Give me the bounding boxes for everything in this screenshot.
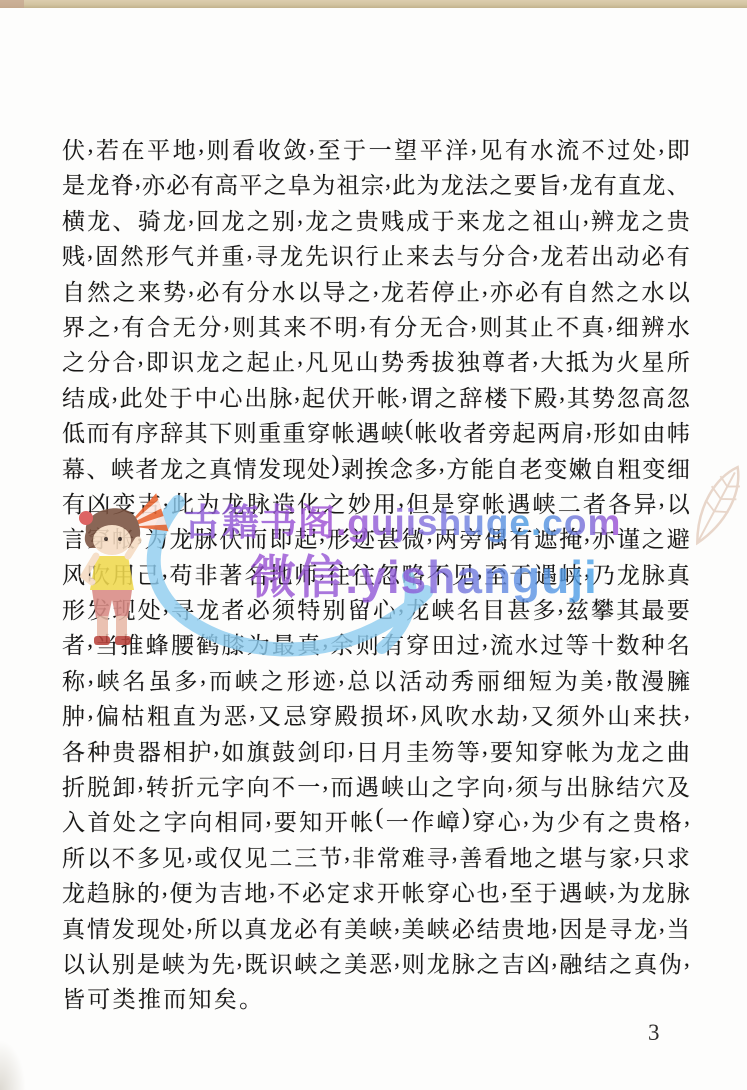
- scan-edge-band-corner: [0, 0, 24, 8]
- text-line: 是龙脊,亦必有高平之阜为祖宗,此为龙法之要旨,龙有直龙、: [62, 167, 690, 202]
- text-line: 以认别是峡为先,既识峡之美恶,则龙脉之吉凶,融结之真伪,: [62, 946, 690, 981]
- text-line: 界之,有合无分,则其来不明,有分无合,则其止不真,细辨水: [62, 309, 690, 344]
- text-line: 各种贵器相护,如旗鼓剑印,日月圭笏等,要知穿帐为龙之曲: [62, 734, 690, 769]
- watermark-site-text: 古籍书阁.gujishuge.com: [184, 492, 621, 546]
- text-line: 之分合,即识龙之起止,凡见山势秀拔独尊者,大抵为火星所: [62, 344, 690, 379]
- watermark-wechat-text: 微信:yishanguji: [250, 541, 598, 607]
- feather-doodle-icon: [688, 458, 746, 554]
- text-line: 入首处之字向相同,要知开帐(一作嶂)穿心,为少有之贵格,: [62, 804, 690, 839]
- text-line: 龙趋脉的,便为吉地,不必定求开帐穿心也,至于遇峡,为龙脉: [62, 875, 690, 910]
- page-number: 3: [648, 1020, 660, 1046]
- scanned-book-page: 伏,若在平地,则看收敛,至于一望平洋,见有水流不过处,即 是龙脊,亦必有高平之阜…: [0, 0, 747, 1090]
- text-line: 伏,若在平地,则看收敛,至于一望平洋,见有水流不过处,即: [62, 132, 690, 167]
- text-line: 肿,偏枯粗直为恶,又忌穿殿损坏,风吹水劫,又须外山来扶,: [62, 698, 690, 733]
- text-line: 折脱卸,转折元字向不一,而遇峡山之字向,须与出脉结穴及: [62, 769, 690, 804]
- text-line: 贱,固然形气并重,寻龙先识行止来去与分合,龙若出动必有: [62, 238, 690, 273]
- text-line-last: 皆可类推而知矣。: [62, 981, 690, 1016]
- text-line: 横龙、骑龙,回龙之别,龙之贵贱成于来龙之祖山,辨龙之贵: [62, 203, 690, 238]
- text-line: 所以不多见,或仅见二三节,非常难寻,善看地之堪与家,只求: [62, 840, 690, 875]
- scan-edge-band: [0, 0, 747, 8]
- text-line: 真情发现处,所以真龙必有美峡,美峡必结贵地,因是寻龙,当: [62, 911, 690, 946]
- text-line: 低而有序辞其下则重重穿帐遇峡(帐收者旁起两肩,形如由帏: [62, 415, 690, 450]
- text-line: 自然之来势,必有分水以导之,龙若停止,亦必有自然之水以: [62, 274, 690, 309]
- page-corner-shadow: [0, 1040, 26, 1090]
- mascot-girl-megaphone-icon: [66, 492, 176, 650]
- text-line: 结成,此处于中心出脉,起伏开帐,谓之辞楼下殿,其势忽高忽: [62, 380, 690, 415]
